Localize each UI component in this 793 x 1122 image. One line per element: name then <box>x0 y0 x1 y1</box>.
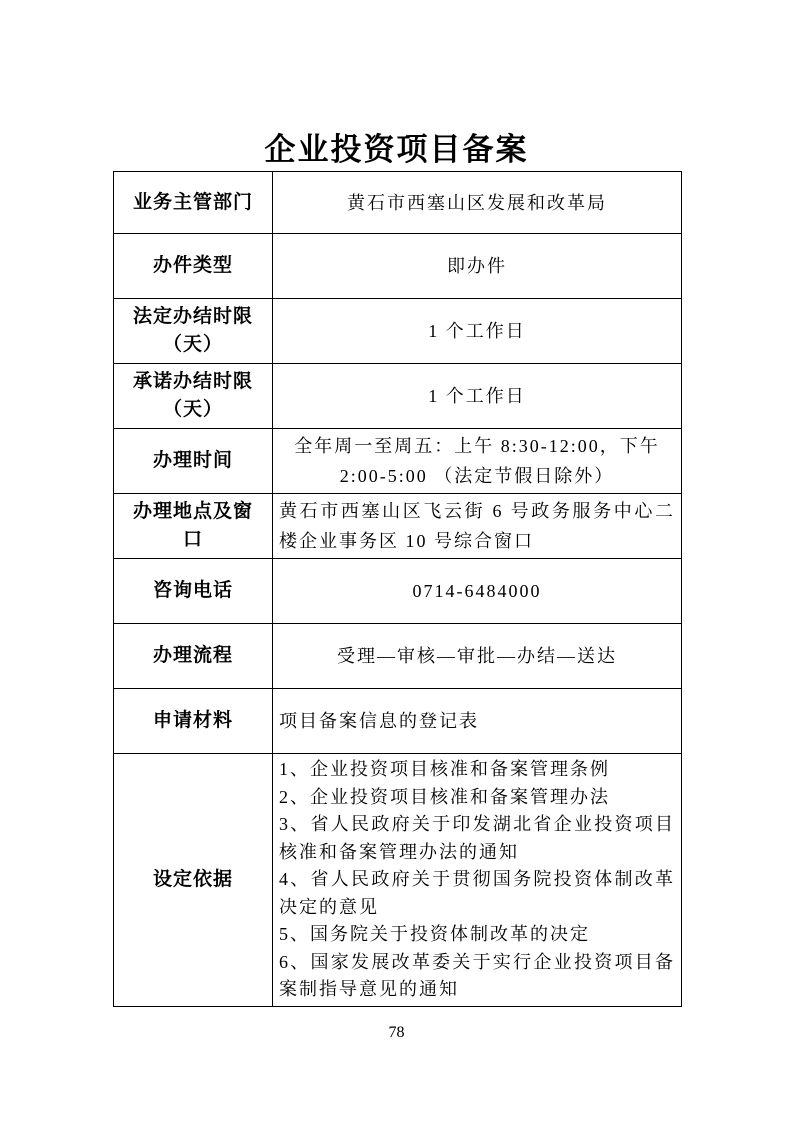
legal-basis-item: 5、国务院关于投资体制改革的决定 <box>279 921 675 949</box>
row-label: 设定依据 <box>114 754 273 1007</box>
info-table: 业务主管部门 黄石市西塞山区发展和改革局 办件类型 即办件 法定办结时限（天） … <box>113 171 682 1007</box>
row-value: 黄石市西塞山区发展和改革局 <box>273 172 682 234</box>
row-value: 黄石市西塞山区飞云街 6 号政务服务中心二楼企业事务区 10 号综合窗口 <box>273 494 682 559</box>
page-title: 企业投资项目备案 <box>0 124 793 169</box>
page-number: 78 <box>0 1024 793 1042</box>
table-row: 业务主管部门 黄石市西塞山区发展和改革局 <box>114 172 682 234</box>
row-label: 办理流程 <box>114 624 273 689</box>
row-label: 咨询电话 <box>114 559 273 624</box>
legal-basis-item: 1、企业投资项目核准和备案管理条例 <box>279 756 675 784</box>
legal-basis-item: 6、国家发展改革委关于实行企业投资项目备案制指导意见的通知 <box>279 949 675 1004</box>
legal-basis-item: 4、省人民政府关于贯彻国务院投资体制改革决定的意见 <box>279 866 675 921</box>
row-value-list: 1、企业投资项目核准和备案管理条例 2、企业投资项目核准和备案管理办法 3、省人… <box>273 754 682 1007</box>
row-value: 0714-6484000 <box>273 559 682 624</box>
row-value: 受理—审核—审批—办结—送达 <box>273 624 682 689</box>
table-row: 承诺办结时限（天） 1 个工作日 <box>114 364 682 429</box>
row-label: 办理时间 <box>114 429 273 494</box>
legal-basis-item: 2、企业投资项目核准和备案管理办法 <box>279 784 675 812</box>
table-row: 法定办结时限（天） 1 个工作日 <box>114 299 682 364</box>
table-row: 咨询电话 0714-6484000 <box>114 559 682 624</box>
table-row: 设定依据 1、企业投资项目核准和备案管理条例 2、企业投资项目核准和备案管理办法… <box>114 754 682 1007</box>
document-page: 企业投资项目备案 业务主管部门 黄石市西塞山区发展和改革局 办件类型 即办件 法… <box>0 0 793 1122</box>
legal-basis-item: 3、省人民政府关于印发湖北省企业投资项目核准和备案管理办法的通知 <box>279 811 675 866</box>
row-value: 1 个工作日 <box>273 299 682 364</box>
table-row: 申请材料 项目备案信息的登记表 <box>114 689 682 754</box>
table-row: 办理流程 受理—审核—审批—办结—送达 <box>114 624 682 689</box>
row-label: 办理地点及窗口 <box>114 494 273 559</box>
row-label: 业务主管部门 <box>114 172 273 234</box>
table-row: 办件类型 即办件 <box>114 234 682 299</box>
row-value: 项目备案信息的登记表 <box>273 689 682 754</box>
row-value: 全年周一至周五：上午 8:30-12:00，下午 2:00-5:00 （法定节假… <box>273 429 682 494</box>
row-value: 即办件 <box>273 234 682 299</box>
row-label: 办件类型 <box>114 234 273 299</box>
row-value: 1 个工作日 <box>273 364 682 429</box>
row-label: 法定办结时限（天） <box>114 299 273 364</box>
row-label: 承诺办结时限（天） <box>114 364 273 429</box>
table-row: 办理地点及窗口 黄石市西塞山区飞云街 6 号政务服务中心二楼企业事务区 10 号… <box>114 494 682 559</box>
row-label: 申请材料 <box>114 689 273 754</box>
table-row: 办理时间 全年周一至周五：上午 8:30-12:00，下午 2:00-5:00 … <box>114 429 682 494</box>
